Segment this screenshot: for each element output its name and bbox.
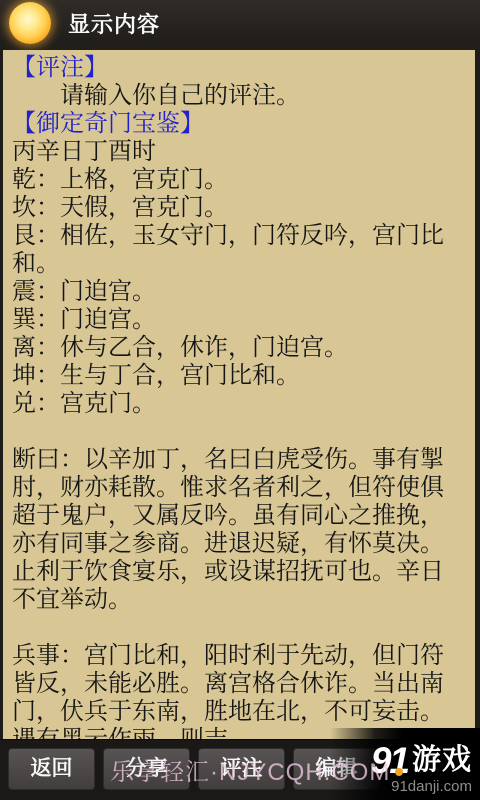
share-button[interactable]: 分享	[103, 748, 190, 790]
line-kan: 坎：天假，宫克门。	[12, 194, 466, 222]
logo-91-number: 91	[371, 742, 412, 779]
comment-placeholder-text: 请输入你自己的评注。	[12, 82, 466, 110]
line-gen: 艮：相佐，玉女守门，门符反吟，宫门比和。	[12, 222, 466, 278]
line-li: 离：休与乙合，休诈，门迫宫。	[12, 334, 466, 362]
paragraph-military: 兵事：宫门比和，阳时利于先动，但门符皆反，未能必胜。离宫格合休诈。当出南门，伏兵…	[12, 642, 466, 740]
back-button[interactable]: 返回	[8, 748, 95, 790]
paragraph-judgement: 断曰：以辛加丁，名曰白虎受伤。事有掣肘，财亦耗散。惟求名者利之，但符使俱超于鬼户…	[12, 446, 466, 614]
line-xun: 巽：门迫宫。	[12, 306, 466, 334]
91games-logo: 91游戏 91danji.com	[371, 742, 472, 795]
content-area[interactable]: 【评注】 请输入你自己的评注。 【御定奇门宝鉴】 丙辛日丁酉时 乾：上格，宫克门…	[0, 50, 480, 740]
section-heading-yuding-qimen: 【御定奇门宝鉴】	[12, 110, 466, 138]
section-heading-comment: 【评注】	[12, 54, 466, 82]
line-zhen: 震：门迫宫。	[12, 278, 466, 306]
line-qian: 乾：上格，宫克门。	[12, 166, 466, 194]
line-day-hour: 丙辛日丁酉时	[12, 138, 466, 166]
page-title: 显示内容	[68, 0, 160, 50]
title-bar: 显示内容	[0, 0, 480, 50]
logo-brand-text: 游戏	[412, 742, 472, 779]
line-dui: 兑：宫克门。	[12, 390, 466, 418]
sun-icon	[9, 2, 51, 44]
line-kun: 坤：生与丁合，宫门比和。	[12, 362, 466, 390]
logo-domain-text: 91danji.com	[371, 779, 472, 795]
comment-button[interactable]: 评注	[198, 748, 285, 790]
